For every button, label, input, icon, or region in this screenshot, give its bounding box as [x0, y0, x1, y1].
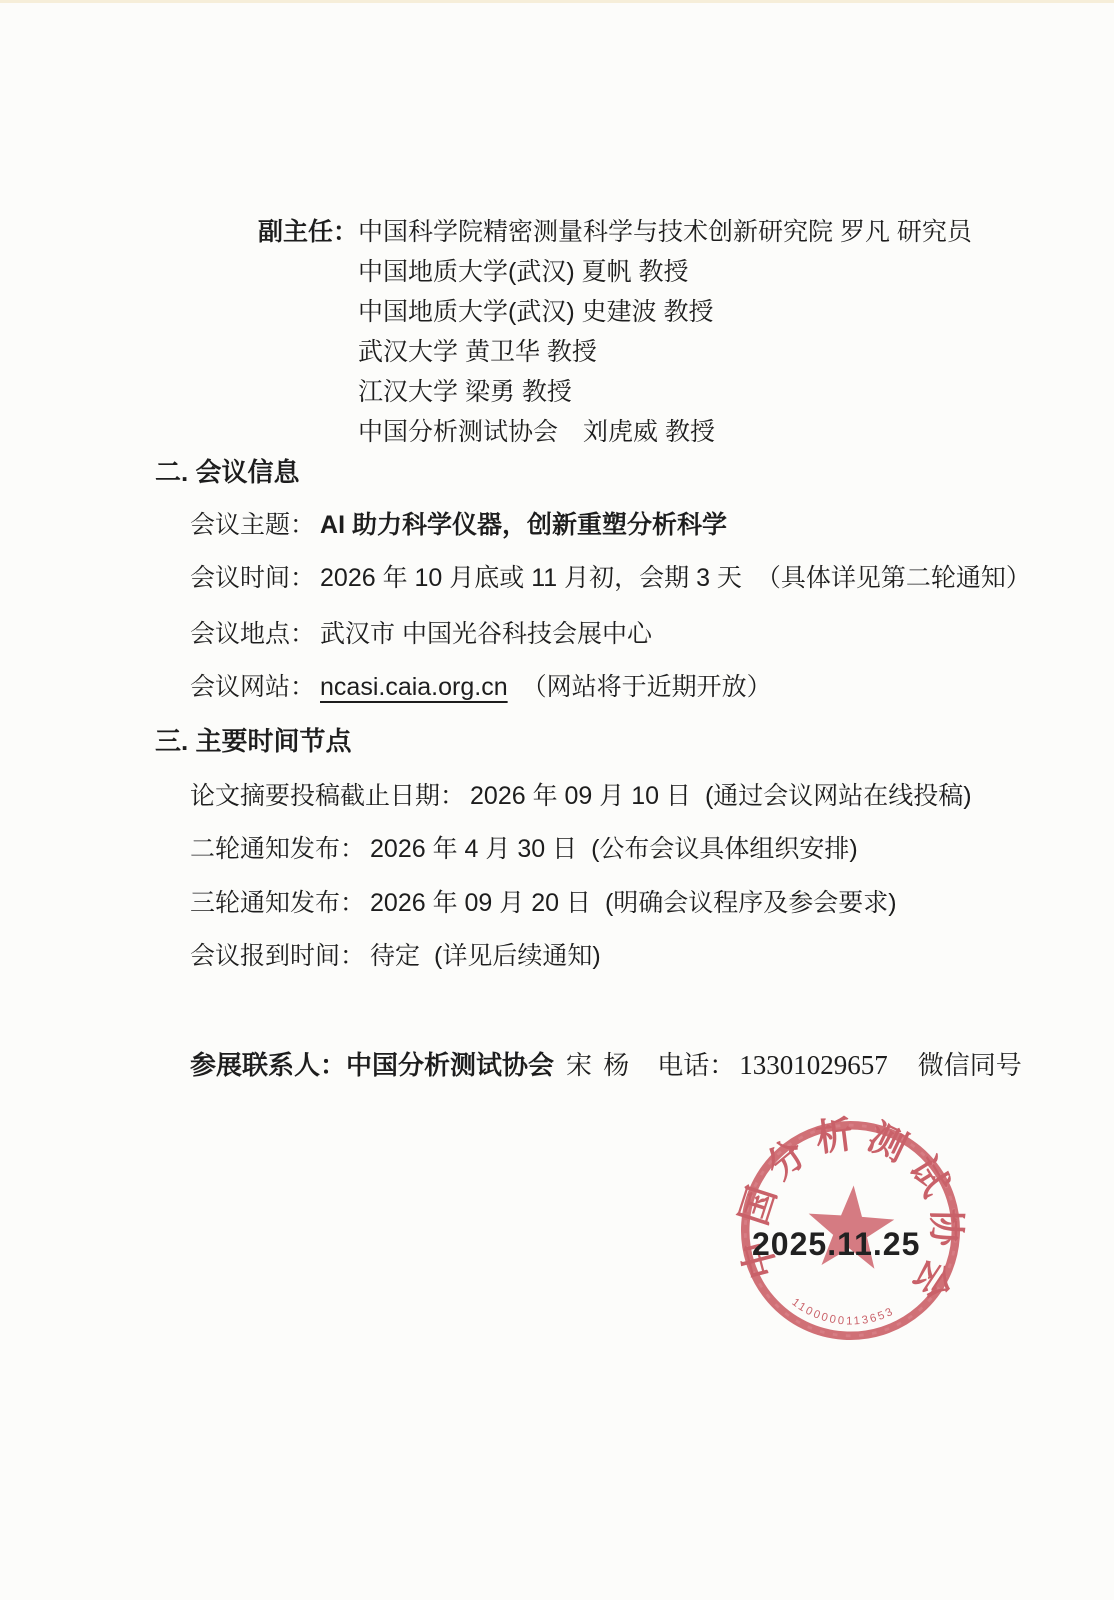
time-value: 2026 年 10 月底或 11 月初，会期 3 天 — [320, 564, 742, 592]
time-label: 会议时间： — [190, 564, 315, 592]
vice-directors-block: 副主任： 中国科学院精密测量科学与技术创新研究院 罗凡 研究员 中国地质大学(武… — [258, 212, 972, 452]
section-heading-conference-info: 二. 会议信息 — [155, 452, 299, 489]
third-notice-note: (明确会议程序及参会要求) — [605, 889, 897, 917]
checkin-label: 会议报到时间： — [190, 942, 365, 970]
abstract-deadline-label: 论文摘要投稿截止日期： — [190, 782, 465, 810]
info-item-time: 会议时间：2026 年 10 月底或 11 月初，会期 3 天（具体详见第二轮通… — [190, 558, 1031, 594]
abstract-deadline-note: (通过会议网站在线投稿) — [705, 782, 972, 810]
theme-value: AI 助力科学仪器，创新重塑分析科学 — [320, 511, 727, 539]
scanned-document-page: 副主任： 中国科学院精密测量科学与技术创新研究院 罗凡 研究员 中国地质大学(武… — [0, 0, 1114, 1600]
vice-directors-label: 副主任： — [258, 212, 358, 452]
contact-phone-label: 电话： — [657, 1050, 735, 1080]
timeline-item-third-notice: 三轮通知发布：2026 年 09 月 20 日(明确会议程序及参会要求) — [190, 883, 897, 919]
venue-value: 武汉市 中国光谷科技会展中心 — [320, 620, 652, 648]
timeline-item-second-notice: 二轮通知发布：2026 年 4 月 30 日(公布会议具体组织安排) — [190, 829, 858, 865]
contact-person-name: 宋 杨 — [566, 1050, 631, 1080]
timeline-item-abstract-deadline: 论文摘要投稿截止日期：2026 年 09 月 10 日(通过会议网站在线投稿) — [190, 776, 972, 812]
venue-label: 会议地点： — [190, 620, 315, 648]
info-item-website: 会议网站：ncasi.caia.org.cn（网站将于近期开放） — [190, 667, 772, 703]
checkin-note: (详见后续通知) — [434, 942, 601, 970]
website-url: ncasi.caia.org.cn — [320, 673, 508, 701]
contact-wechat-note: 微信同号 — [918, 1050, 1022, 1080]
scan-edge-artifact — [0, 0, 1114, 3]
contact-org: 中国分析测试协会 — [346, 1050, 554, 1080]
vice-director-entry: 中国分析测试协会 刘虎威 教授 — [358, 412, 972, 452]
second-notice-value: 2026 年 4 月 30 日 — [370, 835, 577, 863]
timeline-item-checkin: 会议报到时间：待定(详见后续通知) — [190, 936, 601, 972]
website-label: 会议网站： — [190, 673, 315, 701]
vice-director-entry: 中国地质大学(武汉) 史建波 教授 — [358, 292, 972, 332]
second-notice-label: 二轮通知发布： — [190, 835, 365, 863]
contact-label: 参展联系人： — [190, 1050, 346, 1080]
theme-label: 会议主题： — [190, 511, 315, 539]
second-notice-note: (公布会议具体组织安排) — [591, 835, 858, 863]
website-note: （网站将于近期开放） — [522, 673, 772, 701]
vice-director-entry: 中国科学院精密测量科学与技术创新研究院 罗凡 研究员 — [358, 212, 972, 252]
contact-phone-number: 13301029657 — [739, 1050, 888, 1080]
third-notice-label: 三轮通知发布： — [190, 889, 365, 917]
date-stamp: 2025.11.25 — [752, 1226, 920, 1263]
info-item-venue: 会议地点：武汉市 中国光谷科技会展中心 — [190, 614, 652, 650]
vice-director-entry: 江汉大学 梁勇 教授 — [358, 372, 972, 412]
exhibition-contact-line: 参展联系人：中国分析测试协会宋 杨电话：13301029657微信同号 — [190, 1045, 1022, 1082]
abstract-deadline-value: 2026 年 09 月 10 日 — [470, 782, 691, 810]
vice-directors-list: 中国科学院精密测量科学与技术创新研究院 罗凡 研究员 中国地质大学(武汉) 夏帆… — [358, 212, 972, 452]
vice-director-entry: 武汉大学 黄卫华 教授 — [358, 332, 972, 372]
checkin-value: 待定 — [370, 942, 420, 970]
third-notice-value: 2026 年 09 月 20 日 — [370, 889, 591, 917]
vice-director-entry: 中国地质大学(武汉) 夏帆 教授 — [358, 252, 972, 292]
info-item-theme: 会议主题：AI 助力科学仪器，创新重塑分析科学 — [190, 505, 727, 541]
section-heading-timeline: 三. 主要时间节点 — [155, 721, 351, 758]
time-note: （具体详见第二轮通知） — [756, 564, 1031, 592]
